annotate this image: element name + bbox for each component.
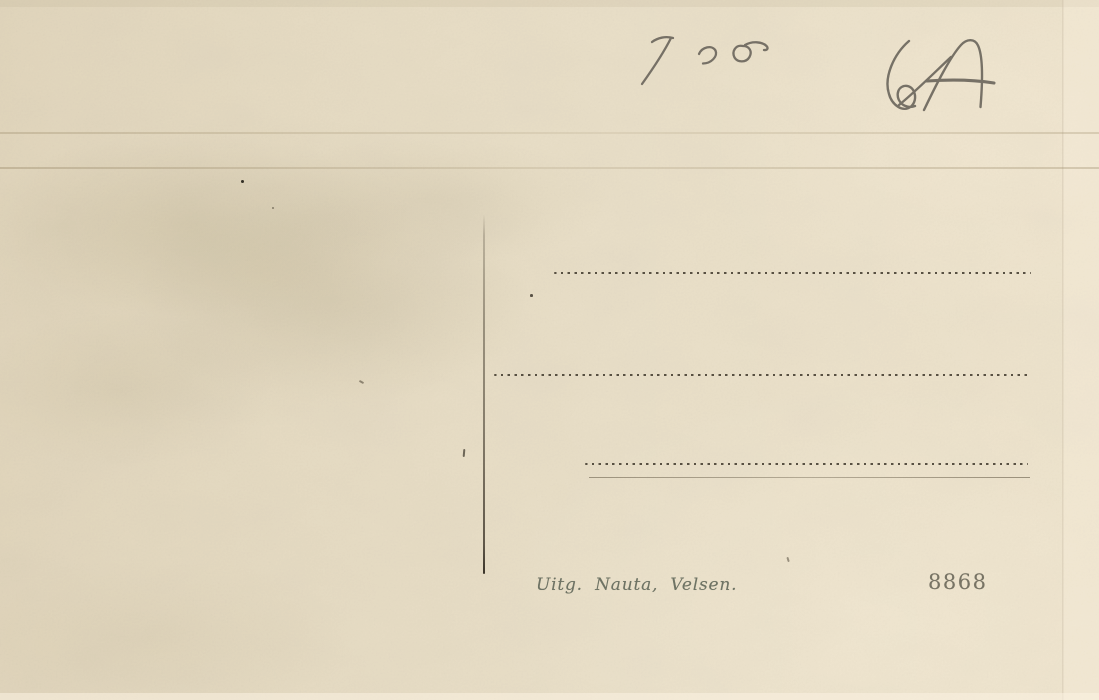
stray-pen-tick	[463, 449, 466, 457]
address-line-2	[494, 374, 1028, 376]
card-number: 8868	[928, 570, 987, 594]
address-line-1	[554, 272, 1031, 274]
paper-speck	[530, 294, 533, 297]
paper-crease-line-lower	[0, 167, 1099, 169]
postcard-back: Uitg. Nauta, Velsen. 8868	[0, 0, 1099, 700]
bottom-edge-highlight	[0, 693, 1099, 700]
top-edge-shading	[0, 0, 1099, 7]
publisher-credit: Uitg. Nauta, Velsen.	[536, 575, 737, 595]
handwritten-number	[0, 0, 1099, 700]
paper-speck	[241, 180, 244, 183]
address-line-3	[585, 463, 1028, 465]
center-divider-line	[483, 214, 485, 574]
right-edge-crease	[1062, 0, 1099, 700]
handwritten-monogram	[0, 0, 1099, 700]
paper-speck	[272, 207, 274, 209]
paper-crease-line-upper	[0, 132, 1099, 134]
paper-grain-texture	[0, 0, 1099, 700]
address-line-3-underline	[589, 477, 1030, 478]
paper-speck	[359, 380, 364, 384]
paper-speck	[786, 557, 789, 562]
